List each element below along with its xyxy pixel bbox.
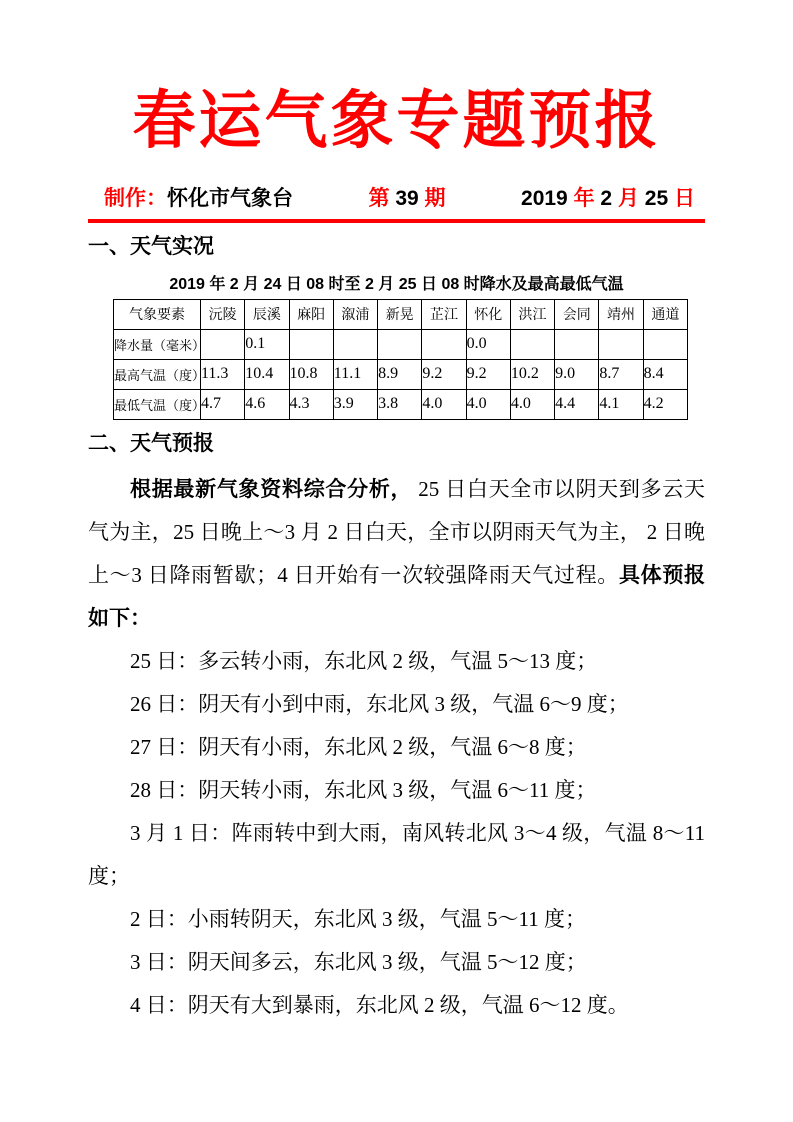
issue-no: 39 [395, 187, 418, 210]
cell-value [643, 329, 687, 359]
column-header: 洪江 [510, 299, 554, 329]
column-header: 溆浦 [333, 299, 377, 329]
forecast-item: 25 日：多云转小雨，东北风 2 级，气温 5～13 度； [88, 640, 705, 683]
table-row: 最低气温（度） 4.7 4.6 4.3 3.9 3.8 4.0 4.0 4.0 … [114, 389, 688, 419]
cell-value: 10.2 [510, 359, 554, 389]
cell-value [201, 329, 245, 359]
issue-suffix: 期 [425, 187, 446, 210]
forecast-item: 3 日：阴天间多云，东北风 3 级，气温 5～12 度； [88, 941, 705, 984]
cell-value: 9.2 [466, 359, 510, 389]
weather-table: 气象要素 沅陵 辰溪 麻阳 溆浦 新晃 芷江 怀化 洪江 会同 靖州 通道 降水… [113, 299, 688, 420]
date-month: 2 [600, 187, 612, 210]
cell-value: 9.0 [555, 359, 599, 389]
cell-value: 10.8 [289, 359, 333, 389]
column-header: 气象要素 [114, 299, 201, 329]
section1-heading: 一、天气实况 [88, 234, 705, 260]
column-header: 沅陵 [201, 299, 245, 329]
table-row: 最高气温（度） 11.3 10.4 10.8 11.1 8.9 9.2 9.2 … [114, 359, 688, 389]
cell-value: 8.9 [378, 359, 422, 389]
cell-value: 11.1 [333, 359, 377, 389]
cell-value: 4.0 [510, 389, 554, 419]
cell-value: 11.3 [201, 359, 245, 389]
cell-value: 3.8 [378, 389, 422, 419]
cell-value [422, 329, 466, 359]
table-title: 2019 年 2 月 24 日 08 时至 2 月 25 日 08 时降水及最高… [88, 271, 705, 294]
cell-value: 4.2 [643, 389, 687, 419]
row-label: 最低气温（度） [114, 389, 201, 419]
table-header-row: 气象要素 沅陵 辰溪 麻阳 溆浦 新晃 芷江 怀化 洪江 会同 靖州 通道 [114, 299, 688, 329]
forecast-item: 26 日：阴天有小到中雨，东北风 3 级，气温 6～9 度； [88, 683, 705, 726]
cell-value: 3.9 [333, 389, 377, 419]
cell-value: 0.0 [466, 329, 510, 359]
date-year: 2019 [521, 187, 568, 210]
cell-value [289, 329, 333, 359]
cell-value: 4.7 [201, 389, 245, 419]
cell-value [599, 329, 643, 359]
intro-bold-lead: 根据最新气象资料综合分析， [130, 478, 412, 501]
row-label: 最高气温（度） [114, 359, 201, 389]
document-title: 春运气象专题预报 [88, 84, 705, 160]
cell-value [333, 329, 377, 359]
date-day: 25 [645, 187, 668, 210]
cell-value [555, 329, 599, 359]
cell-value: 9.2 [422, 359, 466, 389]
cell-value [510, 329, 554, 359]
column-header: 靖州 [599, 299, 643, 329]
date-year-char: 年 [574, 187, 595, 210]
date-day-char: 日 [674, 187, 695, 210]
forecast-item: 4 日：阴天有大到暴雨，东北风 2 级，气温 6～12 度。 [88, 984, 705, 1027]
forecast-item: 28 日：阴天转小雨，东北风 3 级，气温 6～11 度； [88, 769, 705, 812]
column-header: 辰溪 [245, 299, 289, 329]
cell-value [378, 329, 422, 359]
column-header: 新晃 [378, 299, 422, 329]
cell-value: 4.3 [289, 389, 333, 419]
column-header: 麻阳 [289, 299, 333, 329]
column-header: 芷江 [422, 299, 466, 329]
document-page: 春运气象专题预报 制作：怀化市气象台 第 39 期 2019 年 2 月 25 … [0, 0, 793, 1122]
forecast-item: 2 日：小雨转阴天，东北风 3 级，气温 5～11 度； [88, 898, 705, 941]
cell-value: 4.1 [599, 389, 643, 419]
cell-value: 4.0 [422, 389, 466, 419]
cell-value: 0.1 [245, 329, 289, 359]
cell-value: 8.4 [643, 359, 687, 389]
column-header: 怀化 [466, 299, 510, 329]
issue-date: 2019 年 2 月 25 日 [521, 182, 695, 212]
meta-row: 制作：怀化市气象台 第 39 期 2019 年 2 月 25 日 [88, 182, 705, 212]
column-header: 通道 [643, 299, 687, 329]
issue-prefix: 第 [368, 187, 389, 210]
row-label: 降水量（毫米） [114, 329, 201, 359]
producer: 制作：怀化市气象台 [104, 182, 293, 212]
forecast-intro: 根据最新气象资料综合分析， 25 日白天全市以阴天到多云天气为主，25 日晚上～… [88, 468, 705, 640]
issue-number: 第 39 期 [368, 182, 445, 212]
cell-value: 8.7 [599, 359, 643, 389]
cell-value: 4.6 [245, 389, 289, 419]
forecast-item: 27 日：阴天有小雨，东北风 2 级，气温 6～8 度； [88, 726, 705, 769]
table-row: 降水量（毫米） 0.1 0.0 [114, 329, 688, 359]
column-header: 会同 [555, 299, 599, 329]
section2-heading: 二、天气预报 [88, 431, 705, 457]
date-month-char: 月 [618, 187, 639, 210]
cell-value: 4.0 [466, 389, 510, 419]
forecast-body: 根据最新气象资料综合分析， 25 日白天全市以阴天到多云天气为主，25 日晚上～… [88, 468, 705, 1027]
header-rule [88, 219, 705, 223]
forecast-item: 3 月 1 日：阵雨转中到大雨，南风转北风 3～4 级，气温 8～11 度； [88, 812, 705, 898]
producer-value: 怀化市气象台 [167, 187, 293, 210]
producer-label: 制作： [104, 187, 167, 210]
cell-value: 10.4 [245, 359, 289, 389]
cell-value: 4.4 [555, 389, 599, 419]
